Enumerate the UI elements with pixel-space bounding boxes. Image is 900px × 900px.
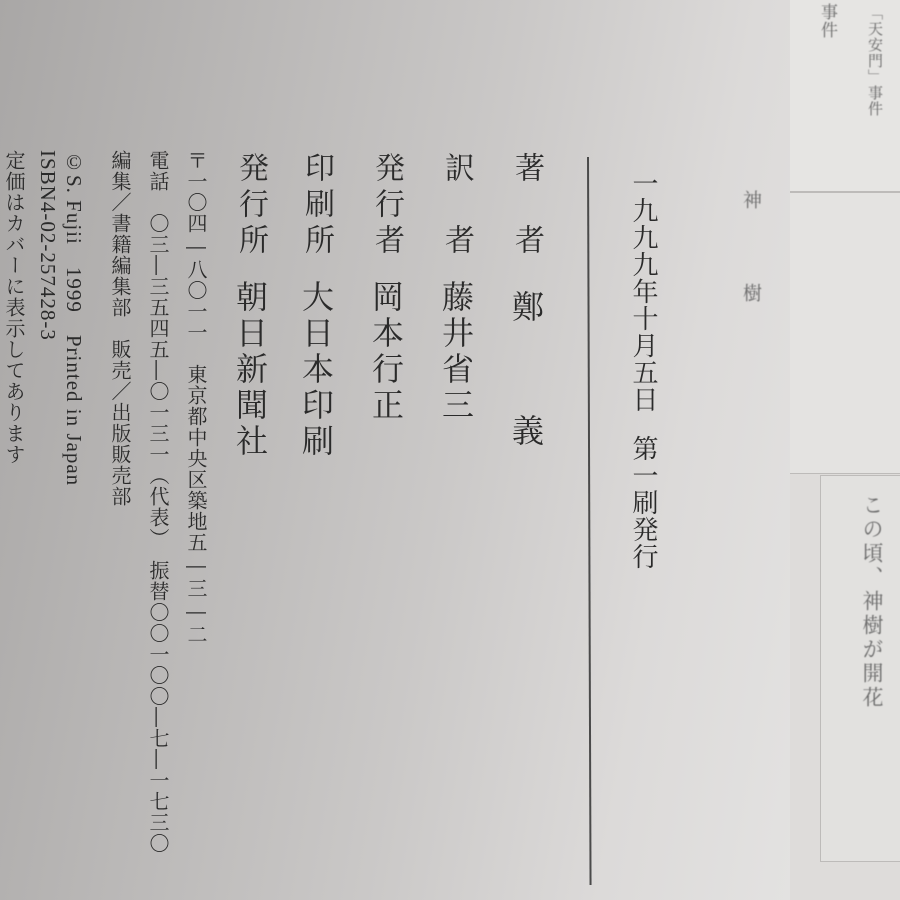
isbn: ISBN4-02-257428-3 (36, 150, 60, 341)
adjacent-top-tab-text-1: 事件 (815, 3, 839, 39)
publisher-address: 〒一〇四―八〇一一 東京都中央区築地五―三―二 (184, 150, 208, 645)
credit-value-translator: 藤井省三 (438, 280, 474, 424)
copyright-line: ©S. Fujii 1999 Printed in Japan (62, 150, 86, 486)
credit-label-author: 著 者 (508, 152, 544, 260)
credit-value-publishing-house: 朝日新聞社 (232, 280, 268, 460)
issue-date: 一九九九年十月五日 (628, 170, 658, 413)
issue-date-line: 一九九九年十月五日第一刷発行 (628, 170, 658, 570)
adjacent-page-middle (788, 192, 900, 474)
departments: 編集／書籍編集部 販売／出版販売部 (108, 150, 132, 507)
adjacent-bottom-tab-text: この頃、神樹が開花 (857, 494, 887, 710)
colophon-page: 神 樹 一九九九年十月五日第一刷発行 著 者 鄭 義 訳 者 藤井省三 発行者 … (0, 0, 790, 900)
adjacent-page-bottom: この頃、神樹が開花 (820, 475, 900, 862)
book-title-ruby: 神 樹 (738, 190, 765, 328)
publisher-phone: 電話 〇三―三五四五―〇一三一（代表） 振替〇〇一〇〇―七―一七三〇 (146, 150, 170, 854)
credit-value-author: 鄭 義 (508, 290, 544, 476)
credit-label-publisher-person: 発行者 (368, 152, 404, 260)
adjacent-page-top: 事件 「天安門」事件 (784, 0, 900, 192)
credit-value-publisher-person: 岡本行正 (368, 280, 404, 424)
divider-rule (587, 157, 592, 885)
credit-label-printer: 印刷所 (298, 152, 334, 260)
price-note: 定価はカバーに表示してあります (2, 150, 26, 465)
adjacent-top-tab-text-2: 「天安門」事件 (863, 5, 887, 117)
printing-edition: 第一刷発行 (628, 435, 658, 570)
credit-value-printer: 大日本印刷 (298, 280, 334, 460)
credit-label-translator: 訳 者 (438, 152, 474, 260)
credit-label-publishing-house: 発行所 (232, 152, 268, 260)
